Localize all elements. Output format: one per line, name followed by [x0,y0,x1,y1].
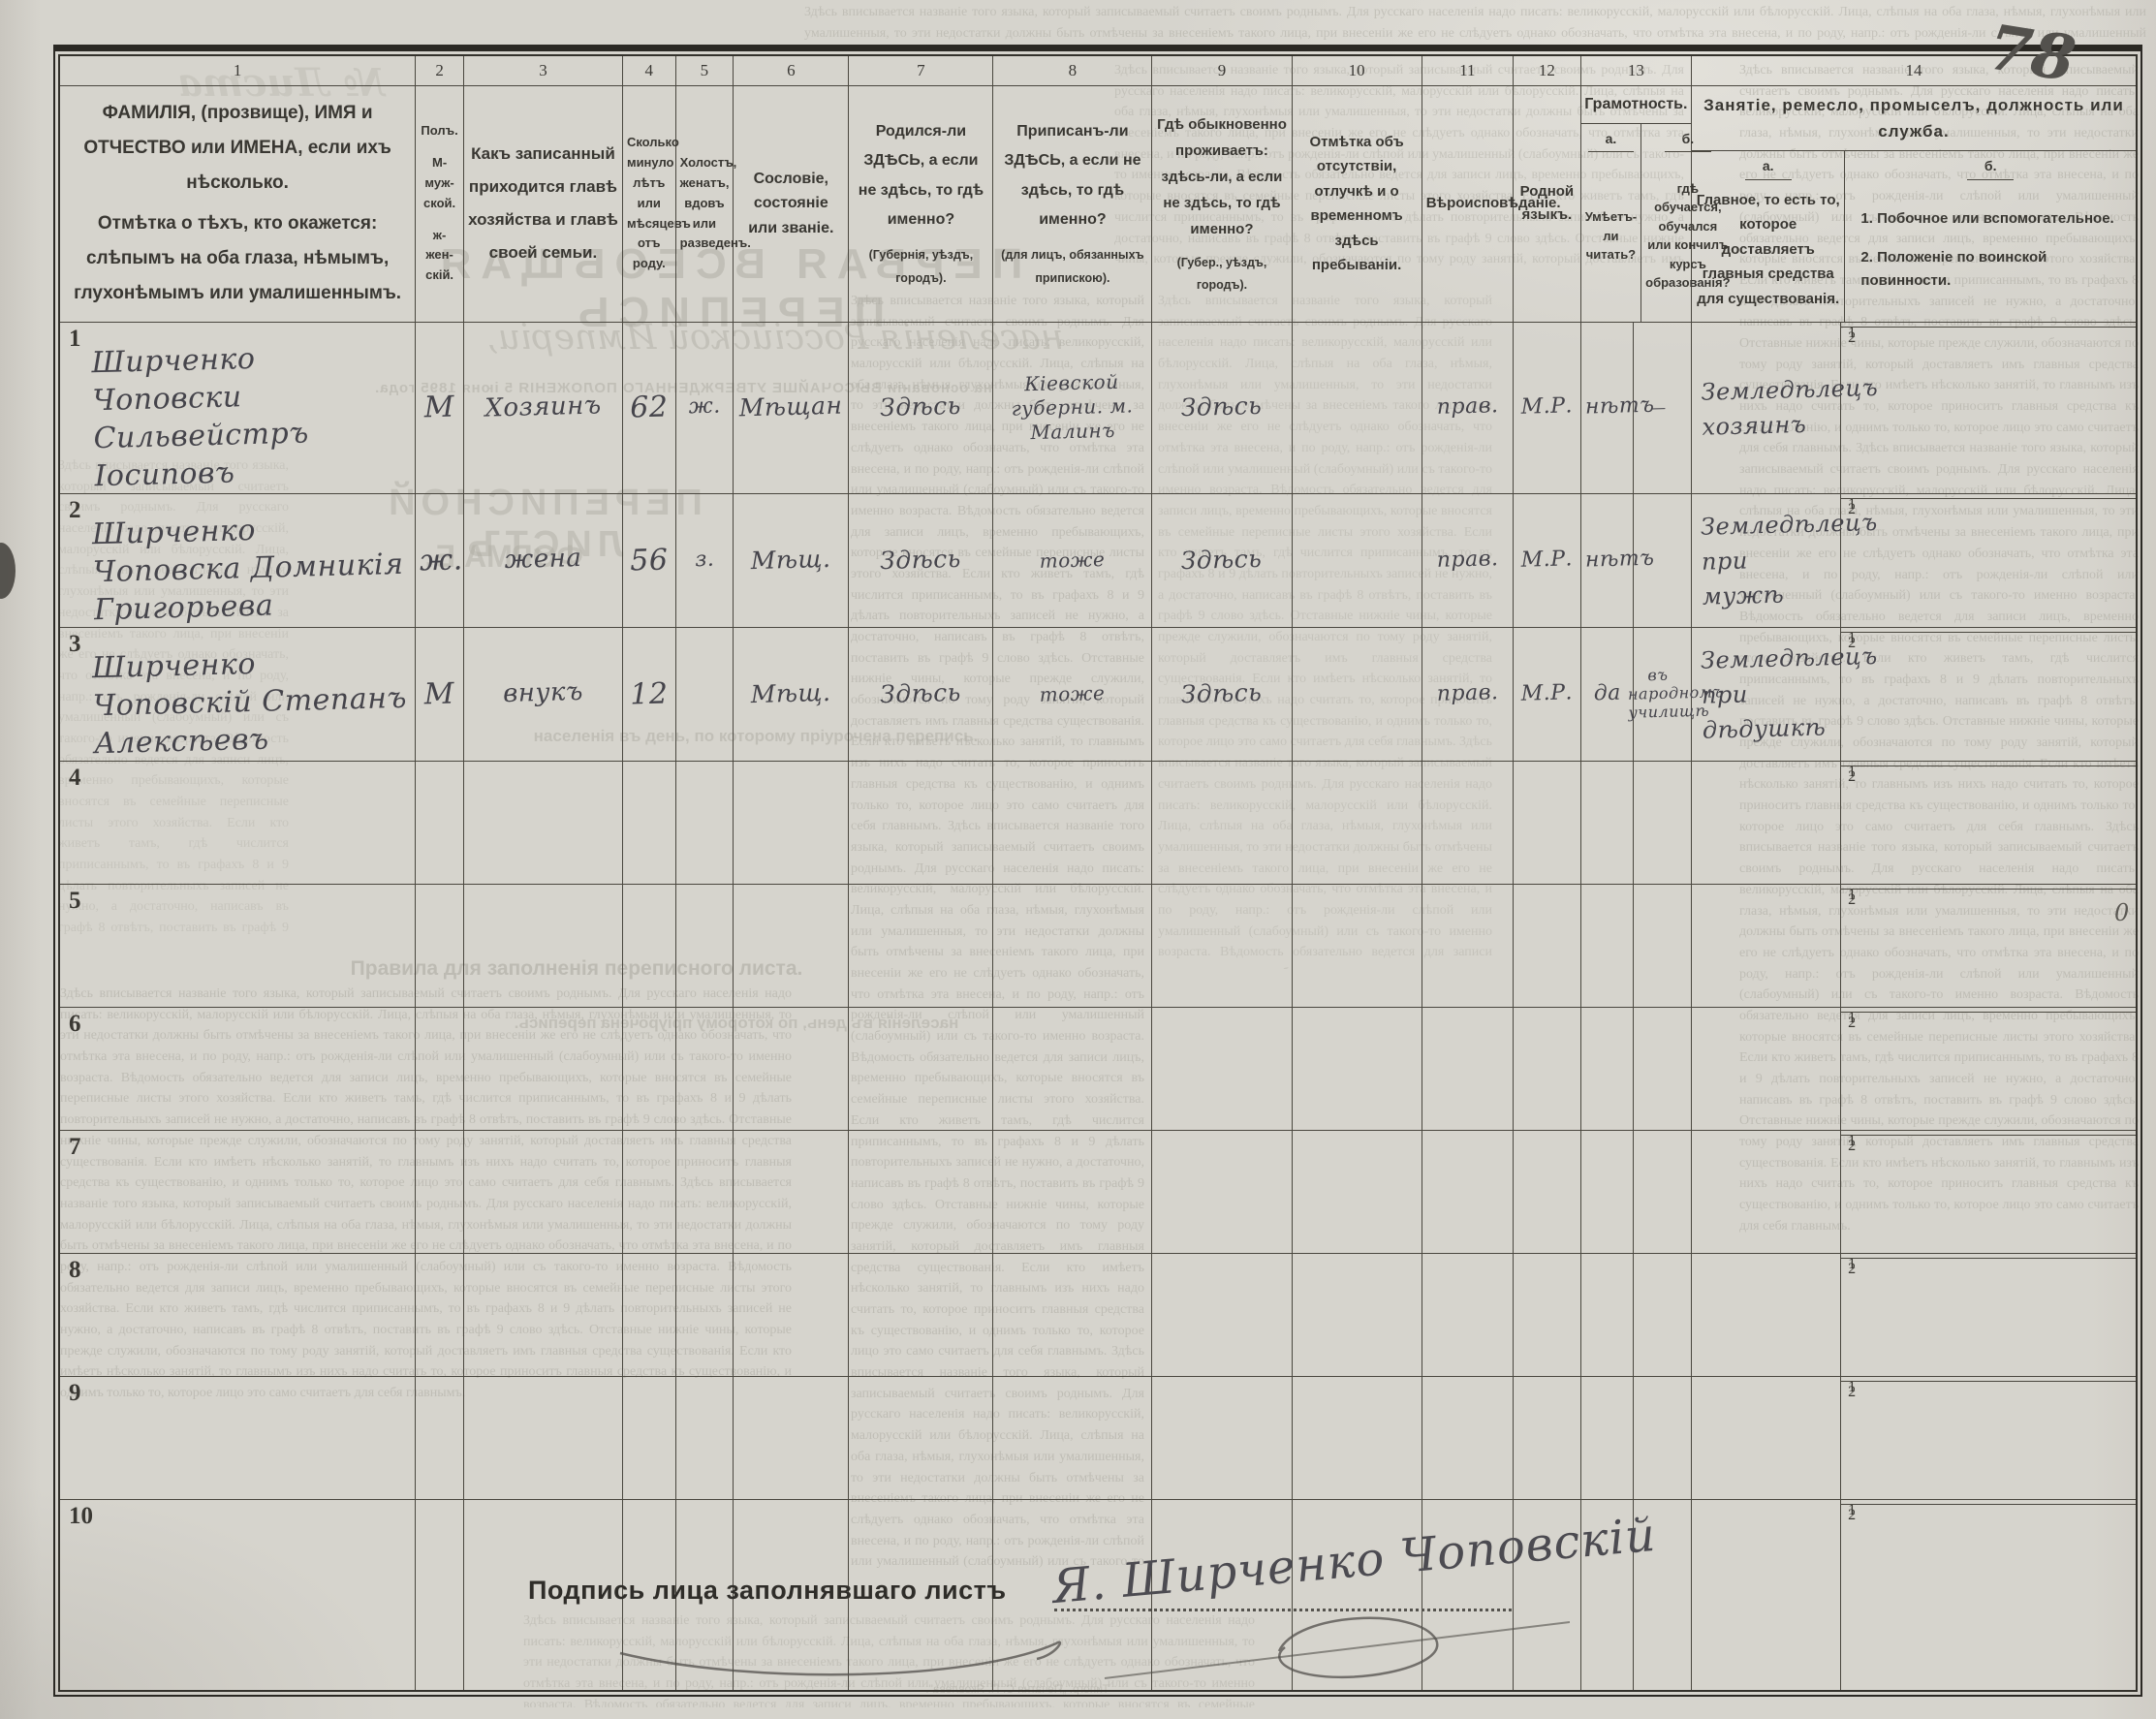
cell-occupation-main [1691,884,1840,1007]
cell-marital [675,1253,734,1376]
cell-occupation-main-handwriting [1696,1067,1836,1071]
cell-marital-handwriting [680,822,730,823]
cell-estate [734,1007,849,1130]
cell-school-handwriting: въ народномъ училищѣ [1628,665,1690,722]
header-occupation-a-label: а. [1745,155,1792,179]
cell-birthplace-handwriting [853,1190,988,1194]
column-number: 12 [1514,55,1581,86]
cell-residence [1152,884,1292,1007]
cell-occupation-main [1691,1253,1840,1376]
cell-sex-handwriting [420,1068,459,1069]
cell-estate-handwriting [737,1436,844,1439]
cell-registration [993,1376,1152,1499]
cell-marital-handwriting: ж. [679,393,729,422]
cell-sex: ж. [416,493,464,627]
cell-school [1634,1376,1692,1499]
cell-registration-handwriting [997,1190,1147,1194]
military-handwriting [1866,631,2132,638]
cell-absence [1292,627,1422,761]
cell-language-handwriting [1517,1314,1577,1316]
cell-registration-handwriting [997,1313,1147,1317]
cell-occupation-side: 12 [1841,1499,2137,1691]
row-number: 6 [69,1011,81,1038]
cell-estate-handwriting [737,1313,844,1316]
cell-absence-handwriting [1297,821,1418,824]
column-number: 11 [1422,55,1513,86]
cell-relation: Хозяинъ [463,322,622,493]
cell-language [1514,884,1581,1007]
cell-sex-handwriting: М [420,389,460,427]
cell-absence [1292,493,1422,627]
cell-sex-handwriting [420,945,459,946]
cell-absence [1292,322,1422,493]
cell-residence [1152,1007,1292,1130]
cell-relation-handwriting [468,1190,618,1194]
cell-marital-handwriting [680,693,730,694]
header-language: Родной языкъ. [1514,86,1581,323]
cell-sex-handwriting [420,822,459,823]
sub-cell-label: 2 [1848,891,1856,909]
header-occupation-b-item2: 2. Положеніе по воинской повинности. [1860,246,2132,293]
cell-religion [1422,761,1513,884]
cell-residence-handwriting: Здѣсь [1156,543,1288,578]
cell-birthplace [849,1130,993,1253]
cell-school [1634,1007,1692,1130]
cell-marital-handwriting [680,1191,730,1192]
cell-occupation-main: Земледѣлецъ при мужѣ [1691,493,1840,627]
header-residence: Гдѣ обыкновенно проживаетъ: здѣсь-ли, а … [1152,86,1292,323]
cell-estate [734,1376,849,1499]
cell-relation: внукъ [463,627,622,761]
column-number: 9 [1152,55,1292,86]
header-residence-note: (Губер., уѣздъ, городъ). [1156,252,1287,296]
header-occupation-wrap: Занятіе, ремесло, промыселъ, должность и… [1692,86,2136,322]
cell-relation [463,1007,622,1130]
cell-occupation-main-handwriting: Земледѣлецъ хозяинъ [1695,371,1837,445]
cell-literate: нѣтъ [1580,493,1634,627]
cell-estate: Мѣщан [734,322,849,493]
cell-school-handwriting [1628,1191,1689,1193]
sub-cell: 2 [1841,498,2136,503]
cell-language-handwriting: М.Р. [1517,679,1577,708]
cell-estate [734,884,849,1007]
column-number: 3 [463,55,622,86]
column-number: 10 [1292,55,1422,86]
cell-residence-handwriting [1156,1436,1287,1440]
header-marital: Холостъ, женатъ, вдовъ или разведенъ. [675,86,734,323]
military-handwriting [1866,497,2132,504]
sub-cell-label: 2 [1848,1261,1856,1278]
cell-literate-handwriting [1585,945,1630,946]
column-number: 6 [734,55,849,86]
cell-relation-handwriting [468,1067,618,1071]
cell-religion [1422,1253,1513,1376]
cell-religion [1422,1007,1513,1130]
cell-absence [1292,761,1422,884]
cell-language [1514,761,1581,884]
cell-occupation-main-handwriting: Земледѣлецъ при дѣдушкѣ [1695,640,1838,748]
cell-language-handwriting [1517,1068,1577,1070]
cell-literate-handwriting [1585,1191,1630,1192]
cell-language [1514,1130,1581,1253]
row-number: 4 [69,765,81,792]
person-name-handwriting: Ширченко Чоповскій Степанъ Алексѣевъ [92,641,411,762]
cell-marital [675,1376,734,1499]
cell-occupation-main [1691,1007,1840,1130]
cell-registration-handwriting [997,821,1147,825]
cell-occupation-side: 12 [1841,1007,2137,1130]
cell-estate [734,1253,849,1376]
cell-relation-handwriting: жена [468,542,619,578]
cell-age-handwriting [627,822,672,823]
row-number: 8 [69,1257,81,1284]
cell-occupation-side: 12 [1841,884,2137,1007]
cell-residence-handwriting [1156,1067,1287,1071]
cell-occupation-main [1691,1130,1840,1253]
table-row: 412 [59,761,2137,884]
person-name-handwriting: Ширченко Чоповска Домникія Григорьева [92,507,411,628]
signature-flourish [601,1595,1570,1719]
sub-cell-label: 2 [1848,1507,1856,1524]
cell-registration [993,1253,1152,1376]
cell-occupation-side: 12 [1841,493,2137,627]
cell-sex-handwriting [420,1594,459,1595]
table-row: 512 [59,884,2137,1007]
cell-occupation-side: 12 [1841,322,2137,493]
sub-cell: 2 [1841,1135,2136,1140]
cell-registration-handwriting [997,1067,1147,1071]
cell-sex: М [416,322,464,493]
cell-marital [675,627,734,761]
cell-residence [1152,761,1292,884]
cell-occupation-main [1691,1376,1840,1499]
person-name-handwriting [93,1390,409,1398]
cell-language: М.Р. [1514,627,1581,761]
column-number: 5 [675,55,734,86]
cell-religion-handwriting [1426,1190,1509,1192]
row-number: 1 [69,326,81,353]
cell-literate-handwriting [1585,1068,1630,1069]
header-literacy-wrap: Грамотность. а. Умѣетъ-ли читать? б. гдѣ… [1581,86,1691,322]
cell-name: 10 [59,1499,416,1691]
cell-registration [993,884,1152,1007]
census-form-page: Здѣсь вписывается названіе того языка, к… [0,0,2156,1719]
header-age: Сколько минуло лѣтъ или мѣсяцевъ отъ род… [622,86,675,323]
cell-residence [1152,1130,1292,1253]
cell-occupation-side: 12 [1841,1130,2137,1253]
cell-estate: Мѣщ. [734,493,849,627]
header-sex-title: Полъ. [420,121,459,141]
cell-absence [1292,1130,1422,1253]
cell-relation-handwriting [468,821,618,825]
cell-absence [1292,884,1422,1007]
cell-name: 8 [59,1253,416,1376]
cell-sex [416,1376,464,1499]
header-religion: Вѣроисповѣданіе. [1422,86,1513,323]
column-number: 1 [59,55,416,86]
cell-marital [675,1130,734,1253]
cell-religion-handwriting: прав. [1425,679,1509,709]
header-sex: Полъ. М-муж-ской. ж-жен-скій. [416,86,464,323]
cell-school-handwriting: — [1628,397,1689,418]
cell-literate [1580,761,1634,884]
cell-registration-handwriting: тоже [997,680,1148,708]
cell-age [622,761,675,884]
cell-marital-handwriting [680,1437,730,1438]
cell-estate-handwriting [737,1067,844,1070]
cell-marital [675,884,734,1007]
cell-registration-handwriting [997,944,1147,948]
cell-name: 9 [59,1376,416,1499]
cell-registration: Кіевской губерни. м. Малинъ [993,322,1152,493]
header-row: ФАМИЛІЯ, (прозвище), ИМЯ и ОТЧЕСТВО или … [59,86,2137,323]
cell-sex [416,1499,464,1691]
column-number: 2 [416,55,464,86]
cell-age: 62 [622,322,675,493]
cell-school-handwriting [1628,559,1689,561]
column-number: 8 [993,55,1152,86]
cell-school: — [1634,322,1692,493]
cell-residence-handwriting: Здѣсь [1156,676,1288,711]
cell-relation [463,761,622,884]
cell-school-handwriting [1628,1068,1689,1070]
cell-residence [1152,1376,1292,1499]
row-number: 3 [69,631,81,658]
cell-age-handwriting: 56 [626,541,672,579]
table-row: 3Ширченко Чоповскій Степанъ АлексѣевъМвн… [59,627,2137,761]
cell-school [1634,1130,1692,1253]
cell-residence: Здѣсь [1152,322,1292,493]
cell-name: 5 [59,884,416,1007]
military-handwriting [1866,1134,2132,1141]
column-number: 4 [622,55,675,86]
cell-birthplace-handwriting: Здѣсь [853,676,989,711]
cell-age [622,1007,675,1130]
cell-residence-handwriting: Здѣсь [1156,391,1288,425]
cell-estate-handwriting: Мѣщан [737,391,845,424]
header-sex-female: ж-жен-скій. [420,226,459,286]
cell-birthplace [849,761,993,884]
cell-age [622,884,675,1007]
cell-occupation-main-handwriting [1696,821,1836,825]
cell-age-handwriting [627,1068,672,1069]
cell-age-handwriting [627,1314,672,1315]
table-row: 2Ширченко Чоповска Домникія Григорьеваж.… [59,493,2137,627]
header-occupation-b-text: 1. Побочное или вспомогательное. 2. Поло… [1847,180,2134,320]
cell-birthplace [849,1253,993,1376]
cell-absence-handwriting [1297,1067,1418,1070]
sub-cell-label: 2 [1848,329,1856,347]
header-birthplace-text: Родился-ли ЗДѢСЬ, а если не здѣсь, то гд… [853,117,988,235]
cell-relation-handwriting [468,1436,618,1440]
cell-school-handwriting [1628,1594,1689,1596]
cell-sex [416,1007,464,1130]
cell-residence: Здѣсь [1152,627,1292,761]
bleedthrough-noise: Здѣсь вписывается названіе того языка, к… [804,2,2146,43]
header-literacy-cols: а. Умѣетъ-ли читать? б. гдѣ обучается, о… [1581,124,1691,322]
sub-cell: 2 [1841,1258,2136,1263]
column-number: 7 [849,55,993,86]
cell-school [1634,761,1692,884]
cell-sex-handwriting [420,1437,459,1438]
table-row: 612 [59,1007,2137,1130]
person-name-handwriting [93,774,409,783]
row-number: 2 [69,497,81,524]
cell-occupation-side: 12 [1841,761,2137,884]
sub-cell: 2 [1841,889,2136,893]
cell-relation [463,884,622,1007]
cell-relation [463,1130,622,1253]
sub-cell-label: 2 [1848,635,1856,652]
cell-estate [734,761,849,884]
cell-residence: Здѣсь [1152,493,1292,627]
header-occupation-b-item1: 1. Побочное или вспомогательное. [1860,207,2132,231]
cell-occupation-main-handwriting [1696,944,1836,948]
header-occupation-b: б. 1. Побочное или вспомогательное. 2. П… [1844,151,2136,321]
military-handwriting [1866,888,2132,894]
cell-registration [993,1130,1152,1253]
cell-residence-handwriting [1156,1190,1287,1194]
person-name-handwriting: Ширченко Чоповски Сильвейстръ Іосиповъ [91,335,411,494]
cell-relation [463,1376,622,1499]
cell-birthplace-handwriting: Здѣсь [853,390,989,424]
cell-name: 1Ширченко Чоповски Сильвейстръ Іосиповъ [59,322,416,493]
page-number: 78 [1983,7,2081,100]
person-name-handwriting [93,1020,409,1029]
cell-absence [1292,1253,1422,1376]
cell-occupation-main: Земледѣлецъ при дѣдушкѣ [1691,627,1840,761]
cell-religion-handwriting: прав. [1425,546,1509,576]
cell-estate-handwriting [737,944,844,947]
cell-registration [993,1007,1152,1130]
cell-birthplace [849,1007,993,1130]
cell-literate [1580,1253,1634,1376]
cell-religion-handwriting [1426,821,1509,823]
cell-relation-handwriting [468,1313,618,1317]
cell-absence-handwriting [1297,1313,1418,1316]
cell-name: 4 [59,761,416,884]
military-handwriting [1866,1380,2132,1387]
header-absence: Отмѣтка объ отсутствіи, отлучкѣ и о врем… [1292,86,1422,323]
cell-religion: прав. [1422,322,1513,493]
header-occupation-b-label: б. [1967,155,2015,179]
cell-language-handwriting: М.Р. [1517,546,1577,575]
header-literacy-a-label: а. [1588,128,1635,152]
cell-relation-handwriting [468,944,618,948]
cell-registration-handwriting [997,1436,1147,1440]
cell-sex [416,1253,464,1376]
cell-religion [1422,884,1513,1007]
cell-birthplace-handwriting [853,944,988,948]
cell-estate-handwriting [737,1190,844,1193]
header-registration-note: (для лицъ, обязанныхъ припискою). [997,244,1147,291]
cell-birthplace-handwriting: Здѣсь [853,543,989,578]
cell-religion-handwriting: прав. [1425,392,1509,422]
cell-school [1634,1253,1692,1376]
cell-language: М.Р. [1514,493,1581,627]
cell-literate-handwriting [1585,822,1630,823]
cell-age-handwriting [627,1191,672,1192]
header-name: ФАМИЛІЯ, (прозвище), ИМЯ и ОТЧЕСТВО или … [59,86,416,323]
military-handwriting [1866,1503,2132,1510]
cell-residence-handwriting [1156,821,1287,825]
row-number: 9 [69,1380,81,1407]
header-occupation-a: а. Главное, то есть то, которое доставля… [1692,151,1844,321]
cell-occupation-main-handwriting [1696,1593,1836,1597]
cell-residence-handwriting [1156,944,1287,948]
cell-age-handwriting: 62 [626,388,672,426]
cell-sex [416,1130,464,1253]
cell-religion-handwriting [1426,1313,1509,1315]
cell-age-handwriting [627,945,672,946]
cell-literate: да [1580,627,1634,761]
cell-sex [416,884,464,1007]
cell-occupation-main [1691,1499,1840,1691]
cell-religion-handwriting [1426,944,1509,946]
cell-birthplace-handwriting [853,821,988,825]
cell-occupation-side: 12 [1841,1253,2137,1376]
cell-religion: прав. [1422,627,1513,761]
military-handwriting [1866,1011,2132,1017]
cell-language [1514,1253,1581,1376]
cell-absence [1292,1376,1422,1499]
cell-absence-handwriting [1297,1190,1418,1193]
cell-relation [463,1253,622,1376]
cell-religion-handwriting [1426,1067,1509,1069]
cell-sex: М [416,627,464,761]
cell-birthplace-handwriting [853,1313,988,1317]
cell-age [622,1130,675,1253]
cell-language [1514,1007,1581,1130]
header-literacy-a-text: Умѣетъ-ли читать? [1583,152,1639,320]
cell-marital-handwriting [680,1314,730,1315]
header-name-line1: ФАМИЛІЯ, (прозвище), ИМЯ и ОТЧЕСТВО или … [74,96,401,201]
cell-occupation-main-handwriting [1696,1190,1836,1194]
census-table: 1 2 3 4 5 6 7 8 9 10 11 12 13 14 [53,45,2142,1697]
cell-registration: тоже [993,627,1152,761]
table-row: 912 [59,1376,2137,1499]
cell-sex-handwriting [420,1314,459,1315]
cell-marital-handwriting [680,945,730,946]
cell-name: 3Ширченко Чоповскій Степанъ Алексѣевъ [59,627,416,761]
census-table-grid: 1 2 3 4 5 6 7 8 9 10 11 12 13 14 [58,54,2138,1692]
cell-birthplace [849,1376,993,1499]
cell-literate-handwriting: нѣтъ [1584,393,1629,422]
sub-cell: 2 [1841,1504,2136,1509]
cell-registration: тоже [993,493,1152,627]
cell-registration-handwriting: Кіевской губерни. м. Малинъ [996,369,1148,446]
cell-language-handwriting: М.Р. [1517,392,1577,422]
cell-literate [1580,1376,1634,1499]
sub-cell: 2 [1841,632,2136,637]
cell-registration [993,761,1152,884]
cell-religion-handwriting [1426,1436,1509,1438]
column-numbers-row: 1 2 3 4 5 6 7 8 9 10 11 12 13 14 [59,55,2137,86]
cell-school-handwriting [1628,945,1689,947]
cell-literate-handwriting: нѣтъ [1584,546,1629,575]
cell-school-handwriting [1628,1314,1689,1316]
cell-marital [675,761,734,884]
header-relation: Какъ записанный приходится главѣ хозяйст… [463,86,622,323]
header-sex-male: М-муж-ской. [420,153,459,213]
cell-name: 7 [59,1130,416,1253]
cell-religion: прав. [1422,493,1513,627]
cell-absence-handwriting [1297,944,1418,947]
cell-age-handwriting [627,1437,672,1438]
row-number: 7 [69,1134,81,1161]
sub-cell-label: 2 [1848,768,1856,786]
cell-language-handwriting [1517,1191,1577,1193]
